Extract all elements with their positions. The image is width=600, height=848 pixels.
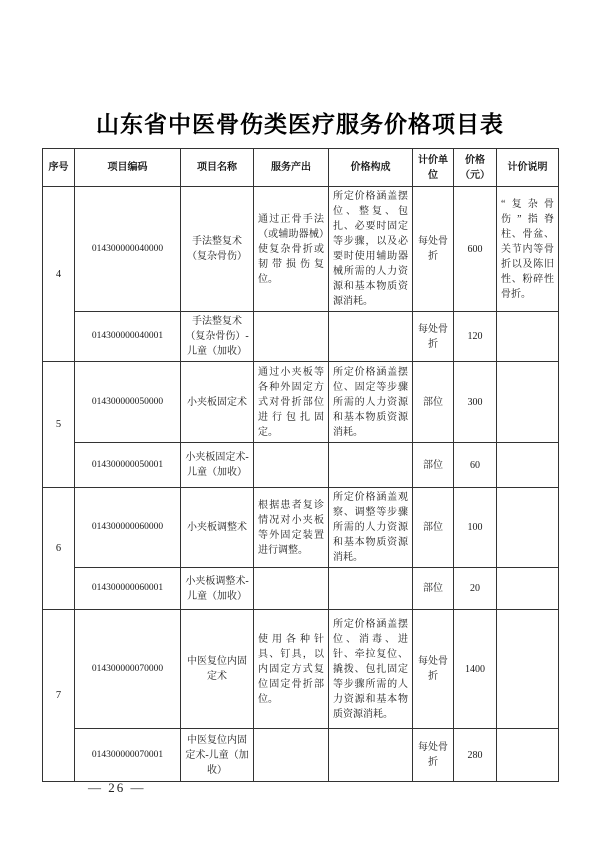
output-cell — [254, 443, 329, 488]
output-cell — [254, 568, 329, 610]
code-cell: 014300000050000 — [75, 362, 181, 443]
unit-cell: 每处骨折 — [413, 312, 454, 362]
composition-cell — [329, 312, 413, 362]
composition-cell: 所定价格涵盖观察、调整等步骤所需的人力资源和基本物质资源消耗。 — [329, 488, 413, 568]
price-cell: 100 — [454, 488, 497, 568]
seq-cell: 6 — [43, 488, 75, 610]
note-cell — [497, 488, 559, 568]
composition-cell: 所定价格涵盖摆位、消毒、进针、牵拉复位、撬拨、包扎固定等步骤所需的人力资源和基本… — [329, 610, 413, 729]
seq-cell: 7 — [43, 610, 75, 782]
unit-cell: 部位 — [413, 488, 454, 568]
table-row: 6 014300000060000 小夹板调整术 根据患者复诊情况对小夹板等外固… — [43, 488, 559, 568]
price-cell: 120 — [454, 312, 497, 362]
seq-cell: 5 — [43, 362, 75, 488]
note-cell — [497, 610, 559, 729]
table-row: 7 014300000070000 中医复位内固定术 使用各种针具、钉具，以内固… — [43, 610, 559, 729]
note-cell — [497, 312, 559, 362]
output-cell: 根据患者复诊情况对小夹板等外固定装置进行调整。 — [254, 488, 329, 568]
code-cell: 014300000060000 — [75, 488, 181, 568]
composition-cell: 所定价格涵盖摆位、整复、包扎、必要时固定等步骤，以及必要时使用辅助器械所需的人力… — [329, 187, 413, 312]
composition-cell — [329, 729, 413, 782]
table-row: 014300000070001 中医复位内固定术-儿童（加收） 每处骨折 280 — [43, 729, 559, 782]
col-header-note: 计价说明 — [497, 149, 559, 187]
name-cell: 小夹板调整术 — [181, 488, 254, 568]
price-cell: 280 — [454, 729, 497, 782]
price-cell: 300 — [454, 362, 497, 443]
note-cell — [497, 443, 559, 488]
page-title: 山东省中医骨伤类医疗服务价格项目表 — [0, 106, 600, 139]
output-cell: 使用各种针具、钉具，以内固定方式复位固定骨折部位。 — [254, 610, 329, 729]
col-header-code: 项目编码 — [75, 149, 181, 187]
table-body: 4 014300000040000 手法整复术（复杂骨伤） 通过正骨手法（或辅助… — [43, 187, 559, 782]
table-row: 014300000060001 小夹板调整术-儿童（加收） 部位 20 — [43, 568, 559, 610]
header-row: 序号 项目编码 项目名称 服务产出 价格构成 计价单位 价格（元） 计价说明 — [43, 149, 559, 187]
output-cell — [254, 729, 329, 782]
composition-cell — [329, 568, 413, 610]
code-cell: 014300000050001 — [75, 443, 181, 488]
unit-cell: 每处骨折 — [413, 187, 454, 312]
unit-cell: 部位 — [413, 443, 454, 488]
composition-cell: 所定价格涵盖摆位、固定等步骤所需的人力资源和基本物质资源消耗。 — [329, 362, 413, 443]
table-row: 5 014300000050000 小夹板固定术 通过小夹板等各种外固定方式对骨… — [43, 362, 559, 443]
col-header-price: 价格（元） — [454, 149, 497, 187]
name-cell: 中医复位内固定术-儿童（加收） — [181, 729, 254, 782]
col-header-unit: 计价单位 — [413, 149, 454, 187]
table-row: 014300000040001 手法整复术（复杂骨伤）-儿童（加收） 每处骨折 … — [43, 312, 559, 362]
name-cell: 小夹板固定术-儿童（加收） — [181, 443, 254, 488]
unit-cell: 部位 — [413, 568, 454, 610]
price-table: 序号 项目编码 项目名称 服务产出 价格构成 计价单位 价格（元） 计价说明 4… — [42, 148, 559, 782]
col-header-seq: 序号 — [43, 149, 75, 187]
name-cell: 手法整复术（复杂骨伤） — [181, 187, 254, 312]
code-cell: 014300000070001 — [75, 729, 181, 782]
code-cell: 014300000040001 — [75, 312, 181, 362]
col-header-name: 项目名称 — [181, 149, 254, 187]
name-cell: 小夹板调整术-儿童（加收） — [181, 568, 254, 610]
unit-cell: 部位 — [413, 362, 454, 443]
composition-cell — [329, 443, 413, 488]
col-header-composition: 价格构成 — [329, 149, 413, 187]
price-cell: 600 — [454, 187, 497, 312]
price-cell: 20 — [454, 568, 497, 610]
name-cell: 小夹板固定术 — [181, 362, 254, 443]
unit-cell: 每处骨折 — [413, 610, 454, 729]
name-cell: 中医复位内固定术 — [181, 610, 254, 729]
code-cell: 014300000040000 — [75, 187, 181, 312]
note-cell — [497, 362, 559, 443]
code-cell: 014300000060001 — [75, 568, 181, 610]
table-row: 4 014300000040000 手法整复术（复杂骨伤） 通过正骨手法（或辅助… — [43, 187, 559, 312]
page-number: — 26 — — [88, 780, 146, 796]
table-header: 序号 项目编码 项目名称 服务产出 价格构成 计价单位 价格（元） 计价说明 — [43, 149, 559, 187]
unit-cell: 每处骨折 — [413, 729, 454, 782]
note-cell — [497, 729, 559, 782]
name-cell: 手法整复术（复杂骨伤）-儿童（加收） — [181, 312, 254, 362]
output-cell: 通过小夹板等各种外固定方式对骨折部位进行包扎固定。 — [254, 362, 329, 443]
seq-cell: 4 — [43, 187, 75, 362]
price-cell: 60 — [454, 443, 497, 488]
code-cell: 014300000070000 — [75, 610, 181, 729]
output-cell: 通过正骨手法（或辅助器械）使复杂骨折或韧带损伤复位。 — [254, 187, 329, 312]
note-cell: “复杂骨伤”指脊柱、骨盆、关节内等骨折以及陈旧性、粉碎性骨折。 — [497, 187, 559, 312]
table-row: 014300000050001 小夹板固定术-儿童（加收） 部位 60 — [43, 443, 559, 488]
col-header-output: 服务产出 — [254, 149, 329, 187]
note-cell — [497, 568, 559, 610]
price-cell: 1400 — [454, 610, 497, 729]
output-cell — [254, 312, 329, 362]
